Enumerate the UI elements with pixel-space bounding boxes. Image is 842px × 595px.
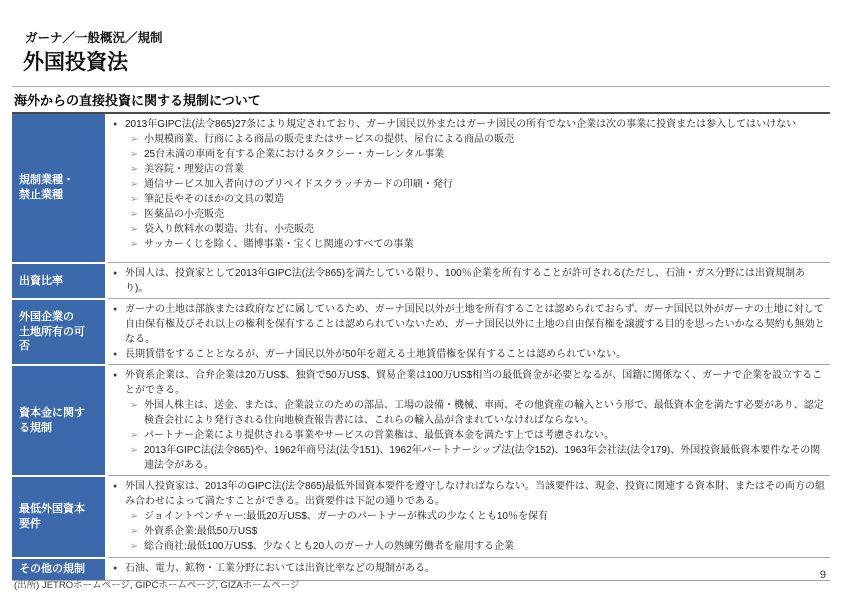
row-content: ●外国人投資家は、2013年のGIPC法(法令865)最低外国資本要件を遵守しな… [108, 475, 830, 557]
row-header: 最低外国資本 要件 [12, 475, 105, 557]
list-item: ●外資系企業は、合弁企業は20万US$、独資で50万US$、貿易企業は100万U… [113, 368, 828, 398]
bullet-icon: ● [113, 117, 125, 132]
bullet-icon: ● [113, 479, 125, 509]
list-item: ➢袋入り飲料水の製造、共有、小売販売 [113, 222, 828, 237]
list-item: ➢ジョイントベンチャー:最低20万US$、ガーナのパートナーが株式の少なくとも1… [113, 509, 828, 524]
page-title: 外国投資法 [23, 46, 128, 76]
bullet-icon: ● [113, 368, 125, 398]
list-item-text: 2013年GIPC法(法令865)27条により規定されており、ガーナ国民以外また… [125, 117, 828, 132]
arrow-bullet-icon: ➢ [130, 524, 144, 539]
list-item-text: 外国人は、投資家として2013年GIPC法(法令865)を満たしている限り、10… [125, 266, 828, 296]
list-item-text: 美容院・理髪店の営業 [144, 162, 828, 177]
list-item: ➢通信サービス加入者向けのプリペイドスクラッチカードの印刷・発行 [113, 177, 828, 192]
bullet-icon: ● [113, 561, 125, 576]
arrow-bullet-icon: ➢ [130, 177, 144, 192]
list-item-text: 2013年GIPC法(法令865)や、1962年商号法(法令151)、1962年… [144, 443, 828, 473]
list-item: ●2013年GIPC法(法令865)27条により規定されており、ガーナ国民以外ま… [113, 117, 828, 132]
arrow-bullet-icon: ➢ [130, 192, 144, 207]
arrow-bullet-icon: ➢ [130, 398, 144, 428]
row-header: 資本金に関す る規制 [12, 364, 105, 475]
list-item-text: 石油、電力、鉱物・工業分野においては出資比率などの規制がある。 [125, 561, 828, 576]
list-item-text: 長期賃借をすることとなるが、ガーナ国民以外が50年を超える土地賃借権を保有するこ… [125, 347, 828, 362]
list-item: ●長期賃借をすることとなるが、ガーナ国民以外が50年を超える土地賃借権を保有する… [113, 347, 828, 362]
list-item-text: 外国人投資家は、2013年のGIPC法(法令865)最低外国資本要件を遵守しなけ… [125, 479, 828, 509]
bullet-icon: ● [113, 302, 125, 347]
list-item: ➢サッカーくじを除く、賭博事業・宝くじ関連のすべての事業 [113, 237, 828, 252]
row-content: ●ガーナの土地は部族または政府などに属しているため、ガーナ国民以外が土地を所有す… [108, 298, 830, 364]
breadcrumb: ガーナ／一般概況／規制 [25, 28, 163, 46]
list-item-text: サッカーくじを除く、賭博事業・宝くじ関連のすべての事業 [144, 237, 828, 252]
list-item: ➢美容院・理髪店の営業 [113, 162, 828, 177]
arrow-bullet-icon: ➢ [130, 207, 144, 222]
arrow-bullet-icon: ➢ [130, 443, 144, 473]
list-item-text: 25台未満の車両を有する企業におけるタクシー・カーレンタル事業 [144, 147, 828, 162]
list-item-text: 小規模商業、行商による商品の販売またはサービスの提供、屋台による商品の販売 [144, 132, 828, 147]
list-item-text: パートナー企業により提供される事業やサービスの営業権は、最低資本金を満たす上では… [144, 428, 828, 443]
arrow-bullet-icon: ➢ [130, 428, 144, 443]
arrow-bullet-icon: ➢ [130, 509, 144, 524]
list-item-text: 筆記長やそのほかの文具の製造 [144, 192, 828, 207]
row-header: 規制業種・ 禁止業種 [12, 114, 105, 262]
table-row-minimum-foreign-capital: 最低外国資本 要件 ●外国人投資家は、2013年のGIPC法(法令865)最低外… [12, 475, 830, 557]
list-item: ➢パートナー企業により提供される事業やサービスの営業権は、最低資本金を満たす上で… [113, 428, 828, 443]
slide-page: ガーナ／一般概況／規制 外国投資法 海外からの直接投資に関する規制について 規制… [0, 0, 842, 595]
table-row-capital-regulation: 資本金に関す る規制 ●外資系企業は、合弁企業は20万US$、独資で50万US$… [12, 364, 830, 475]
list-item-text: 外資系企業:最低50万US$ [144, 524, 828, 539]
list-item: ➢医薬品の小売販売 [113, 207, 828, 222]
list-item-text: 外国人株主は、送金、または、企業設立のための部品、工場の設備・機械、車両、その他… [144, 398, 828, 428]
list-item: ➢総合商社:最低100万US$、少なくとも20人のガーナ人の熟練労働者を雇用する… [113, 539, 828, 554]
list-item-text: 通信サービス加入者向けのプリペイドスクラッチカードの印刷・発行 [144, 177, 828, 192]
list-item-text: ガーナの土地は部族または政府などに属しているため、ガーナ国民以外が土地を所有する… [125, 302, 828, 347]
arrow-bullet-icon: ➢ [130, 132, 144, 147]
list-item: ➢外国人株主は、送金、または、企業設立のための部品、工場の設備・機械、車両、その… [113, 398, 828, 428]
arrow-bullet-icon: ➢ [130, 539, 144, 554]
list-item: ➢25台未満の車両を有する企業におけるタクシー・カーレンタル事業 [113, 147, 828, 162]
table-row-land-ownership: 外国企業の 土地所有の可 否 ●ガーナの土地は部族または政府などに属しているため… [12, 298, 830, 364]
bullet-icon: ● [113, 266, 125, 296]
list-item: ➢2013年GIPC法(法令865)や、1962年商号法(法令151)、1962… [113, 443, 828, 473]
list-item-text: 外資系企業は、合弁企業は20万US$、独資で50万US$、貿易企業は100万US… [125, 368, 828, 398]
table-row-equity-ratio: 出資比率 ●外国人は、投資家として2013年GIPC法(法令865)を満たしてい… [12, 262, 830, 298]
row-header: 出資比率 [12, 262, 105, 298]
row-header: 外国企業の 土地所有の可 否 [12, 298, 105, 364]
list-item-text: ジョイントベンチャー:最低20万US$、ガーナのパートナーが株式の少なくとも10… [144, 509, 828, 524]
list-item: ●ガーナの土地は部族または政府などに属しているため、ガーナ国民以外が土地を所有す… [113, 302, 828, 347]
list-item-text: 総合商社:最低100万US$、少なくとも20人のガーナ人の熟練労働者を雇用する企… [144, 539, 828, 554]
list-item-text: 医薬品の小売販売 [144, 207, 828, 222]
section-heading: 海外からの直接投資に関する規制について [12, 87, 830, 114]
list-item: ➢外資系企業:最低50万US$ [113, 524, 828, 539]
table-row-restricted-industries: 規制業種・ 禁止業種 ●2013年GIPC法(法令865)27条により規定されて… [12, 114, 830, 262]
list-item: ●石油、電力、鉱物・工業分野においては出資比率などの規制がある。 [113, 561, 828, 576]
row-content: ●外国人は、投資家として2013年GIPC法(法令865)を満たしている限り、1… [108, 262, 830, 298]
arrow-bullet-icon: ➢ [130, 162, 144, 177]
arrow-bullet-icon: ➢ [130, 222, 144, 237]
arrow-bullet-icon: ➢ [130, 147, 144, 162]
bullet-icon: ● [113, 347, 125, 362]
list-item: ➢筆記長やそのほかの文具の製造 [113, 192, 828, 207]
regulation-table: 規制業種・ 禁止業種 ●2013年GIPC法(法令865)27条により規定されて… [12, 114, 830, 581]
list-item: ●外国人投資家は、2013年のGIPC法(法令865)最低外国資本要件を遵守しな… [113, 479, 828, 509]
list-item: ●外国人は、投資家として2013年GIPC法(法令865)を満たしている限り、1… [113, 266, 828, 296]
list-item: ➢小規模商業、行商による商品の販売またはサービスの提供、屋台による商品の販売 [113, 132, 828, 147]
main-content: 海外からの直接投資に関する規制について 規制業種・ 禁止業種 ●2013年GIP… [12, 86, 830, 581]
source-note: (出所) JETROホームページ, GIPCホームページ, GIZAホームページ [14, 577, 300, 591]
page-number: 9 [820, 569, 826, 581]
row-content: ●2013年GIPC法(法令865)27条により規定されており、ガーナ国民以外ま… [108, 114, 830, 262]
row-content: ●外資系企業は、合弁企業は20万US$、独資で50万US$、貿易企業は100万U… [108, 364, 830, 475]
list-item-text: 袋入り飲料水の製造、共有、小売販売 [144, 222, 828, 237]
arrow-bullet-icon: ➢ [130, 237, 144, 252]
